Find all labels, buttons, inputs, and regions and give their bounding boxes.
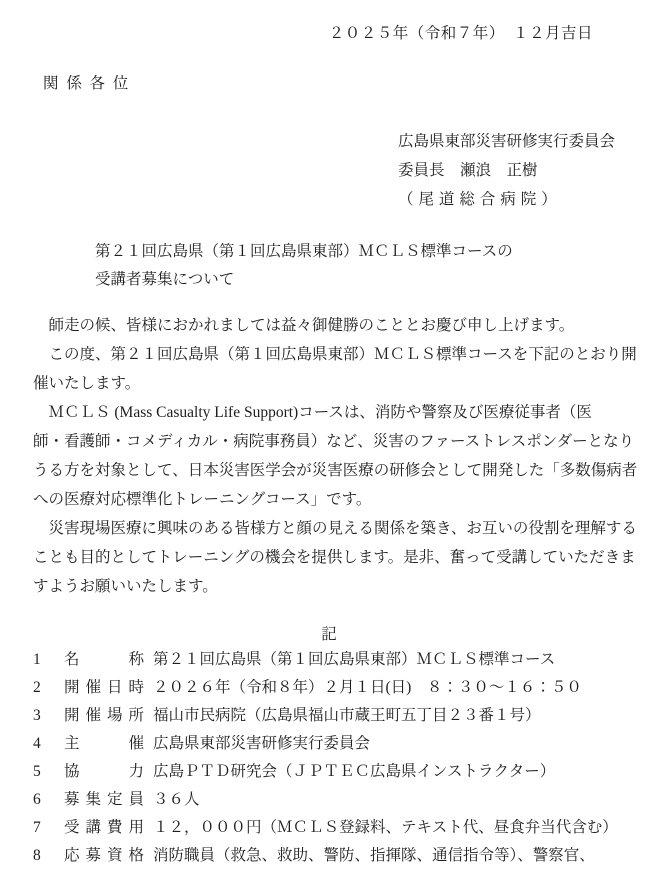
addressee-line: 関係各位 — [43, 71, 136, 93]
record-item-row: 3 開催場所 福山市民病院（広島県福山市蔵王町五丁目２３番１号） — [33, 702, 639, 730]
item-number: 3 — [33, 702, 64, 730]
item-label: 開催場所 — [64, 702, 144, 730]
item-number: 1 — [33, 646, 64, 674]
record-item-row: 7 受講費用 １２，０００円（ＭＣＬＳ登録料、テキスト代、昼食弁当代含む） — [33, 814, 639, 842]
record-item-row: 6 募集定員 ３６人 — [33, 786, 639, 814]
body-line: うる方を対象として、日本災害医学会が災害医療の研修会として開発した「多数傷病者 — [33, 456, 627, 485]
body-line: への医療対応標準化トレーニングコース」です。 — [33, 485, 627, 514]
body-line: 師走の候、皆様におかれましては益々御健勝のこととお慶び申し上げます。 — [33, 311, 627, 340]
document-date: ２０２５年（令和７年） １２月吉日 — [329, 21, 593, 43]
sender-chairperson: 委員長 瀬浪 正樹 — [398, 156, 615, 185]
sender-affiliation: （尾道総合病院） — [398, 185, 615, 214]
sender-block: 広島県東部災害研修実行委員会 委員長 瀬浪 正樹 （尾道総合病院） — [398, 127, 615, 214]
body-line: すようお願いいたします。 — [33, 572, 627, 601]
item-number: 2 — [33, 674, 64, 702]
sender-organization: 広島県東部災害研修実行委員会 — [398, 127, 615, 156]
item-label: 受講費用 — [64, 814, 144, 842]
item-number: 4 — [33, 730, 64, 758]
item-label: 応募資格 — [64, 842, 144, 870]
document-page: ２０２５年（令和７年） １２月吉日 関係各位 広島県東部災害研修実行委員会 委員… — [0, 0, 650, 883]
item-value: ３６人 — [153, 786, 639, 814]
body-line: 災害現場医療に興味のある皆様方と顔の見える関係を築き、お互いの役割を理解する — [33, 514, 627, 543]
record-item-row: 2 開催日時 ２０２６年（令和８年）２月１日(日) ８：３０～１６：５０ — [33, 674, 639, 702]
subject-title-line2: 受講者募集について — [95, 266, 513, 294]
item-value: 広島県東部災害研修実行委員会 — [153, 730, 639, 758]
item-label: 名称 — [64, 646, 144, 674]
item-value: ２０２６年（令和８年）２月１日(日) ８：３０～１６：５０ — [153, 674, 639, 702]
item-label: 募集定員 — [64, 786, 144, 814]
item-label: 開催日時 — [64, 674, 144, 702]
item-number: 6 — [33, 786, 64, 814]
item-value: 広島ＰＴＤ研究会（ＪＰＴＥＣ広島県インストラクター） — [153, 758, 639, 786]
subject-title: 第２１回広島県（第１回広島県東部）ＭＣＬＳ標準コースの 受講者募集について — [95, 238, 513, 294]
body-line: 師・看護師・コメディカル・病院事務員）など、災害のファーストレスポンダーとなり — [33, 427, 627, 456]
item-value: 福山市民病院（広島県福山市蔵王町五丁目２３番１号） — [153, 702, 639, 730]
item-number: 7 — [33, 814, 64, 842]
body-text: 師走の候、皆様におかれましては益々御健勝のこととお慶び申し上げます。 この度、第… — [33, 311, 627, 601]
item-number: 8 — [33, 842, 64, 870]
subject-title-line1: 第２１回広島県（第１回広島県東部）ＭＣＬＳ標準コースの — [95, 238, 513, 266]
body-line: ＭＣＬＳ (Mass Casualty Life Support)コースは、消防… — [33, 398, 627, 427]
item-value: 第２１回広島県（第１回広島県東部）ＭＣＬＳ標準コース — [153, 646, 639, 674]
item-value: 消防職員（救急、救助、警防、指揮隊、通信指令等）、警察官、 — [153, 842, 639, 870]
body-line: 催いたします。 — [33, 369, 627, 398]
item-label: 協力 — [64, 758, 144, 786]
record-item-row: 8 応募資格 消防職員（救急、救助、警防、指揮隊、通信指令等）、警察官、 — [33, 842, 639, 870]
record-item-row: 1 名称 第２１回広島県（第１回広島県東部）ＭＣＬＳ標準コース — [33, 646, 639, 674]
record-items-list: 1 名称 第２１回広島県（第１回広島県東部）ＭＣＬＳ標準コース 2 開催日時 ２… — [33, 646, 639, 870]
record-item-row: 5 協力 広島ＰＴＤ研究会（ＪＰＴＥＣ広島県インストラクター） — [33, 758, 639, 786]
record-heading: 記 — [33, 622, 625, 644]
item-number: 5 — [33, 758, 64, 786]
record-item-row: 4 主催 広島県東部災害研修実行委員会 — [33, 730, 639, 758]
item-value: １２，０００円（ＭＣＬＳ登録料、テキスト代、昼食弁当代含む） — [153, 814, 639, 842]
body-line: この度、第２１回広島県（第１回広島県東部）ＭＣＬＳ標準コースを下記のとおり開 — [33, 340, 627, 369]
item-label: 主催 — [64, 730, 144, 758]
body-line: ことも目的としてトレーニングの機会を提供します。是非、奮って受講していただきま — [33, 543, 627, 572]
